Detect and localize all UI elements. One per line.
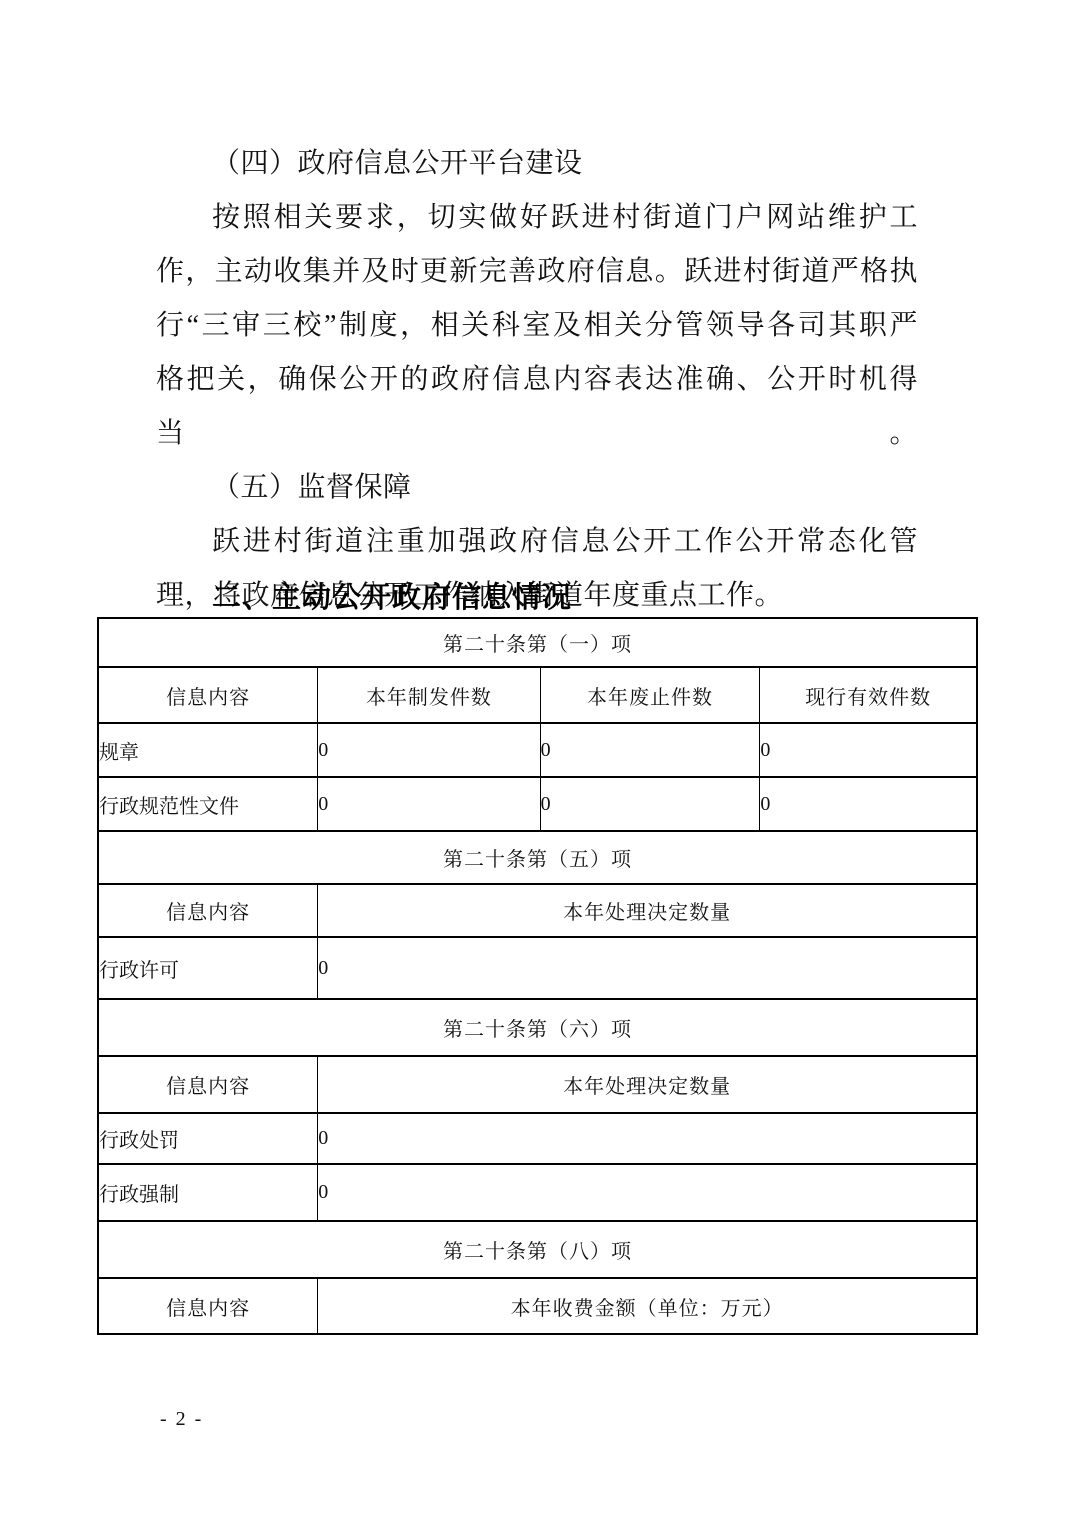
table-header-row: 信息内容 本年处理决定数量 [98,884,977,937]
table-header-row: 信息内容 本年处理决定数量 [98,1056,977,1113]
table-band-row: 第二十条第（六）项 [98,999,977,1056]
cell-value: 0 [540,777,760,831]
paragraph-line: 按照相关要求，切实做好跃进村街道门户网站维护工 [156,191,918,245]
paragraph-line: 行“三审三校”制度，相关科室及相关分管领导各司其职严 [156,299,918,353]
cell-value: 0 [318,937,977,999]
band-title: 第二十条第（六）项 [98,999,977,1056]
column-header: 信息内容 [98,1056,318,1113]
band-title: 第二十条第（八）项 [98,1221,977,1278]
row-label: 行政强制 [98,1164,318,1221]
table-header-row: 信息内容 本年收费金额（单位：万元） [98,1278,977,1334]
cell-value: 0 [318,723,540,777]
table-band-row: 第二十条第（一）项 [98,618,977,667]
table-row: 规章 0 0 0 [98,723,977,777]
row-label: 规章 [98,723,318,777]
paragraph-line: 跃进村街道注重加强政府信息公开工作公开常态化管 [156,515,918,569]
column-header: 本年废止件数 [540,667,760,723]
table-row: 行政处罚 0 [98,1113,977,1164]
document-page: { "body": { "lines": [ "（四）政府信息公开平台建设", … [0,0,1074,1520]
table-band-row: 第二十条第（五）项 [98,831,977,884]
column-header: 本年制发件数 [318,667,540,723]
row-label: 行政许可 [98,937,318,999]
paragraph-line: （五）监督保障 [156,461,918,515]
table-row: 行政强制 0 [98,1164,977,1221]
cell-value: 0 [318,1164,977,1221]
body-text: （四）政府信息公开平台建设 按照相关要求，切实做好跃进村街道门户网站维护工 作，… [156,137,918,623]
table-row: 行政许可 0 [98,937,977,999]
column-header: 本年处理决定数量 [318,884,977,937]
cell-value: 0 [760,777,977,831]
table-row: 行政规范性文件 0 0 0 [98,777,977,831]
cell-value: 0 [760,723,977,777]
page: （四）政府信息公开平台建设 按照相关要求，切实做好跃进村街道门户网站维护工 作，… [0,0,1074,1520]
table-band-row: 第二十条第（八）项 [98,1221,977,1278]
info-disclosure-table: 第二十条第（一）项 信息内容 本年制发件数 本年废止件数 现行有效件数 规章 0… [97,617,978,1335]
cell-value: 0 [318,1113,977,1164]
column-header: 信息内容 [98,884,318,937]
column-header: 信息内容 [98,1278,318,1334]
paragraph-line: 作，主动收集并及时更新完善政府信息。跃进村街道严格执 [156,245,918,299]
paragraph-line: （四）政府信息公开平台建设 [156,137,918,191]
table-header-row: 信息内容 本年制发件数 本年废止件数 现行有效件数 [98,667,977,723]
cell-value: 0 [318,777,540,831]
band-title: 第二十条第（一）项 [98,618,977,667]
cell-value: 0 [540,723,760,777]
column-header: 本年处理决定数量 [318,1056,977,1113]
section-heading: 二、主动公开政府信息情况 [212,581,572,615]
row-label: 行政处罚 [98,1113,318,1164]
paragraph-line: 格把关，确保公开的政府信息内容表达准确、公开时机得当。 [156,353,918,461]
column-header: 信息内容 [98,667,318,723]
column-header: 现行有效件数 [760,667,977,723]
row-label: 行政规范性文件 [98,777,318,831]
band-title: 第二十条第（五）项 [98,831,977,884]
page-number: - 2 - [160,1408,203,1431]
column-header: 本年收费金额（单位：万元） [318,1278,977,1334]
